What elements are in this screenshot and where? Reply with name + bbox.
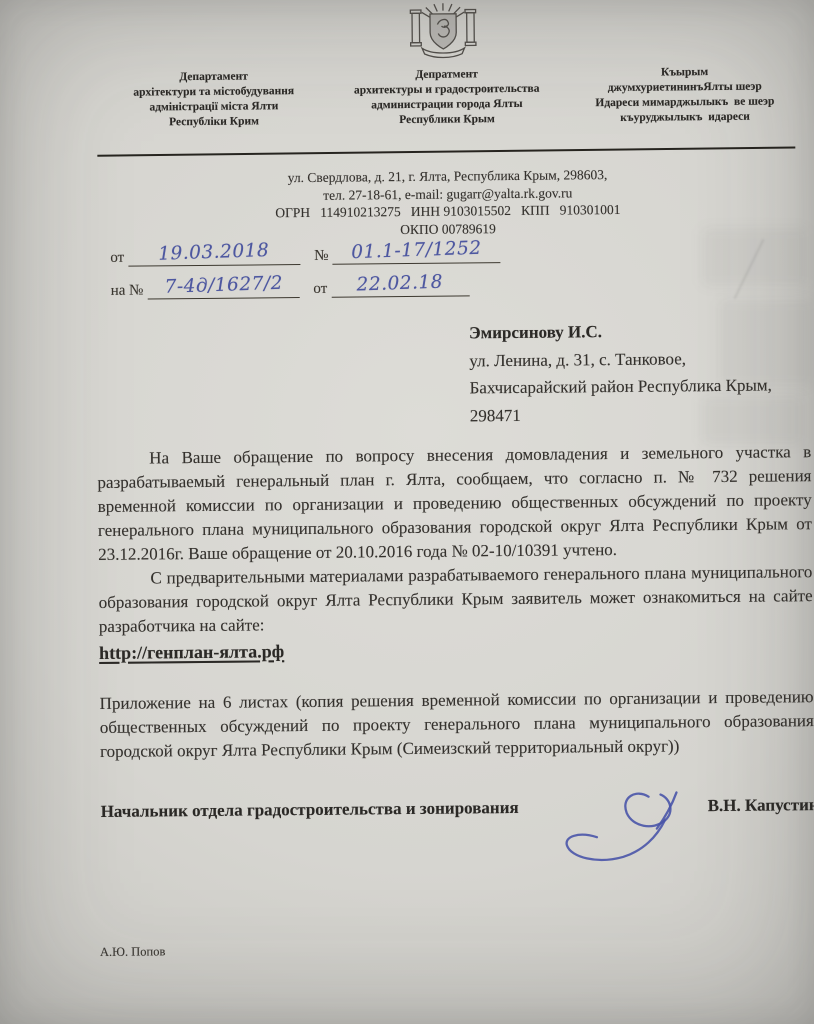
recipient-address-line: ул. Ленина, д. 31, с. Танковое, xyxy=(469,344,804,375)
from-label: от xyxy=(110,250,124,267)
letter-body: На Ваше обращение по вопросу внесения до… xyxy=(97,440,814,874)
genplan-url: http://генплан-ялта.рф xyxy=(99,639,284,665)
letterhead-line: Республіки Крим xyxy=(89,114,339,131)
incoming-ref-row: на №7-4д/1627/2от22.02.18 xyxy=(111,272,511,300)
incoming-date-handwritten: 22.02.18 xyxy=(357,272,444,296)
signer-name: В.Н. Капустин xyxy=(708,793,814,818)
number-label: № xyxy=(314,248,328,265)
letterhead-crimean-tatar: Къырым джумхуриетининъЯлты шеэр Идареси … xyxy=(569,64,802,126)
recipient-block: Эмирсинову И.С. ул. Ленина, д. 31, с. Та… xyxy=(469,316,805,429)
paragraph-attachment: Приложение на 6 листах (копия решения вр… xyxy=(99,685,814,764)
letterhead-russian: Депратмент архитектуры и градостроительс… xyxy=(335,67,560,129)
outgoing-number-handwritten: 01.1-17/1252 xyxy=(351,238,482,263)
recipient-postcode: 298471 xyxy=(470,399,805,430)
recipient-name: Эмирсинову И.С. xyxy=(469,316,804,347)
contact-block: ул. Свердлова, д. 21, г. Ялта, Республик… xyxy=(117,164,778,240)
signature-row: Начальник отдела градостроительства и зо… xyxy=(101,793,814,874)
recipient-address-line: Бахчисарайский район Республика Крым, xyxy=(469,371,804,402)
handwritten-signature xyxy=(552,778,723,880)
on-date-label: от xyxy=(313,281,327,298)
scanned-letter: Департамент архітектури та містобудуванн… xyxy=(0,0,814,1024)
letterhead-line: Республики Крым xyxy=(335,112,559,129)
outgoing-ref-row: от19.03.2018№01.1-17/1252 xyxy=(110,239,510,267)
paragraph-materials: С предварительными материалами разрабаты… xyxy=(98,560,813,639)
on-number-label: на № xyxy=(111,283,144,300)
letterhead-line: Идареси мимарджылыкъ ве шеэр xyxy=(569,94,801,111)
signer-title: Начальник отдела градостроительства и зо… xyxy=(101,798,519,821)
incoming-number-handwritten: 7-4д/1627/2 xyxy=(164,273,283,298)
letter-sheet: Департамент архітектури та містобудуванн… xyxy=(0,0,814,1024)
reference-numbers: от19.03.2018№01.1-17/1252 на №7-4д/1627/… xyxy=(110,239,511,309)
letterhead-line: къуруджылыкъ идареси xyxy=(569,109,801,126)
header-divider xyxy=(97,147,795,157)
coat-of-arms-icon xyxy=(399,1,488,64)
executor-name: А.Ю. Попов xyxy=(100,944,166,960)
paragraph-response: На Ваше обращение по вопросу внесения до… xyxy=(97,440,812,567)
letterhead-line: архитектуры и градостроительства xyxy=(335,82,559,99)
outgoing-date-handwritten: 19.03.2018 xyxy=(158,240,270,265)
letterhead-ukrainian: Департамент архітектури та містобудуванн… xyxy=(89,69,340,131)
